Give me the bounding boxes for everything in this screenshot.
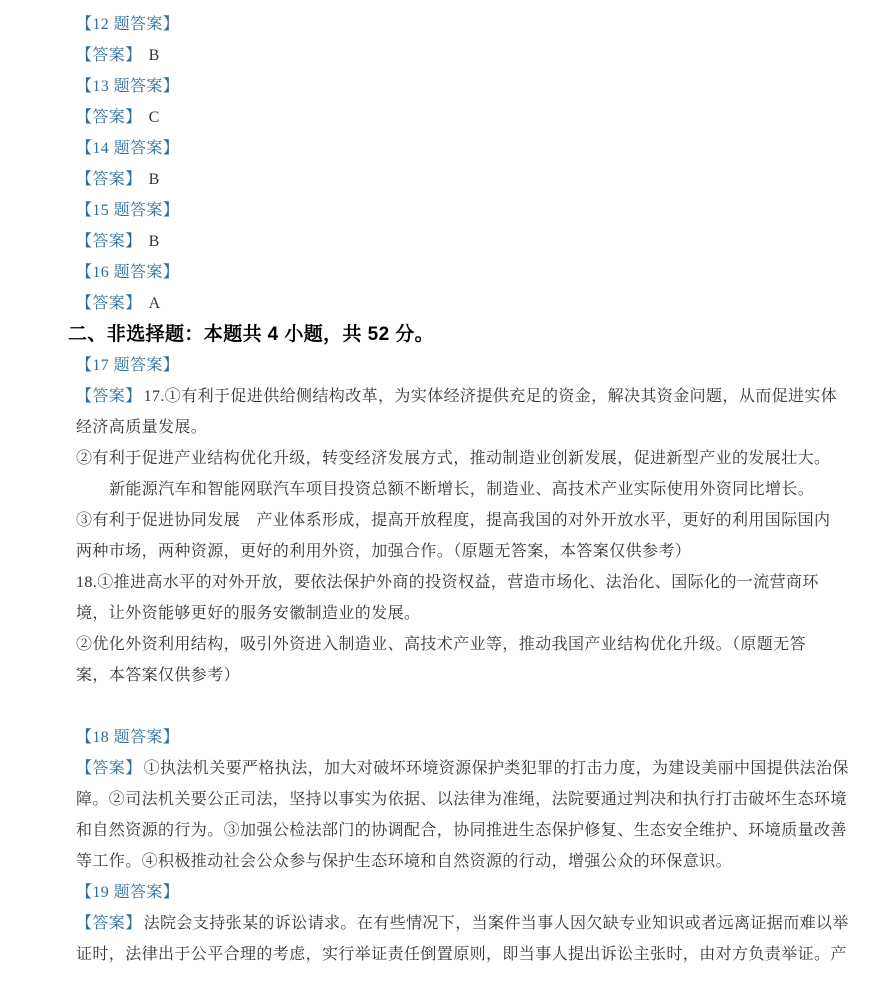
answer-text: 18.①推进高水平的对外开放，要依法保护外商的投资权益，营造市场化、法治化、国际… bbox=[76, 574, 819, 591]
answer-line: 【答案】B bbox=[76, 40, 808, 71]
answer-text: ②优化外资利用结构，吸引外资进入制造业、高技术产业等，推动我国产业结构优化升级。… bbox=[76, 636, 806, 653]
choice-answers-section: 【12 题答案】【答案】B【13 题答案】【答案】C【14 题答案】【答案】B【… bbox=[68, 9, 808, 319]
answer-text: ②有利于促进产业结构优化升级，转变经济发展方式，推动制造业创新发展，促进新型产业… bbox=[76, 450, 830, 467]
answer-value: B bbox=[149, 171, 160, 188]
answer-label: 【答案】 bbox=[76, 295, 142, 312]
answer-label: 【答案】 bbox=[76, 47, 142, 64]
section-heading: 二、非选择题：本题共 4 小题，共 52 分。 bbox=[68, 319, 808, 350]
answer-text-line: ②有利于促进产业结构优化升级，转变经济发展方式，推动制造业创新发展，促进新型产业… bbox=[76, 443, 808, 474]
answer-text-line: ②优化外资利用结构，吸引外资进入制造业、高技术产业等，推动我国产业结构优化升级。… bbox=[76, 629, 808, 660]
answer-text-line: 障。②司法机关要公正司法，坚持以事实为依据、以法律为准绳，法院要通过判决和执行打… bbox=[76, 784, 808, 815]
subjective-answer-block: 【19 题答案】【答案】法院会支持张某的诉讼请求。在有些情况下，当案件当事人因欠… bbox=[68, 877, 808, 970]
answer-text: 17.①有利于促进供给侧结构改革，为实体经济提供充足的资金，解决其资金问题，从而… bbox=[144, 388, 838, 405]
answer-label: 【答案】 bbox=[76, 171, 142, 188]
answer-text: 法院会支持张某的诉讼请求。在有些情况下，当案件当事人因欠缺专业知识或者远离证据而… bbox=[144, 915, 849, 932]
answer-text-line: 18.①推进高水平的对外开放，要依法保护外商的投资权益，营造市场化、法治化、国际… bbox=[76, 567, 808, 598]
answer-text-line: 两种市场，两种资源，更好的利用外资，加强合作。（原题无答案，本答案仅供参考） bbox=[76, 536, 808, 567]
answer-label: 【答案】 bbox=[76, 233, 142, 250]
question-answer-header: 【18 题答案】 bbox=[76, 722, 808, 753]
question-answer-header: 【14 题答案】 bbox=[76, 133, 808, 164]
question-answer-header: 【15 题答案】 bbox=[76, 195, 808, 226]
answer-text: 经济高质量发展。 bbox=[76, 419, 207, 436]
answer-line: 【答案】B bbox=[76, 164, 808, 195]
answer-value: B bbox=[149, 47, 160, 64]
answer-text-line: 案，本答案仅供参考） bbox=[76, 660, 808, 691]
answer-text: 新能源汽车和智能网联汽车项目投资总额不断增长，制造业、高技术产业实际使用外资同比… bbox=[109, 481, 814, 498]
answer-line: 【答案】B bbox=[76, 226, 808, 257]
answer-text: 两种市场，两种资源，更好的利用外资，加强合作。（原题无答案，本答案仅供参考） bbox=[76, 543, 691, 560]
question-answer-header: 【16 题答案】 bbox=[76, 257, 808, 288]
answer-text: 和自然资源的行为。③加强公检法部门的协调配合，协同推进生态保护修复、生态安全维护… bbox=[76, 822, 847, 839]
answer-label: 【答案】 bbox=[76, 109, 142, 126]
answer-text: 境，让外资能够更好的服务安徽制造业的发展。 bbox=[76, 605, 420, 622]
answer-text-line: 新能源汽车和智能网联汽车项目投资总额不断增长，制造业、高技术产业实际使用外资同比… bbox=[76, 474, 808, 505]
answer-value: B bbox=[149, 233, 160, 250]
question-answer-header: 【13 题答案】 bbox=[76, 71, 808, 102]
answer-text: 障。②司法机关要公正司法，坚持以事实为依据、以法律为准绳，法院要通过判决和执行打… bbox=[76, 791, 847, 808]
answer-text: 案，本答案仅供参考） bbox=[76, 667, 240, 684]
answer-text-line: 【答案】17.①有利于促进供给侧结构改革，为实体经济提供充足的资金，解决其资金问… bbox=[76, 381, 808, 412]
answer-label: 【答案】 bbox=[76, 388, 142, 405]
answer-value: A bbox=[149, 295, 161, 312]
answer-text-line: 【答案】法院会支持张某的诉讼请求。在有些情况下，当案件当事人因欠缺专业知识或者远… bbox=[76, 908, 808, 939]
answer-text-line: 等工作。④积极推动社会公众参与保护生态环境和自然资源的行动，增强公众的环保意识。 bbox=[76, 846, 808, 877]
answer-text-line: 和自然资源的行为。③加强公检法部门的协调配合，协同推进生态保护修复、生态安全维护… bbox=[76, 815, 808, 846]
answer-text-line: 经济高质量发展。 bbox=[76, 412, 808, 443]
answer-text-line: 证时，法律出于公平合理的考虑，实行举证责任倒置原则，即当事人提出诉讼主张时，由对… bbox=[76, 939, 808, 970]
subjective-answers-section: 【17 题答案】【答案】17.①有利于促进供给侧结构改革，为实体经济提供充足的资… bbox=[68, 350, 808, 970]
question-answer-header: 【12 题答案】 bbox=[76, 9, 808, 40]
answer-text: 证时，法律出于公平合理的考虑，实行举证责任倒置原则，即当事人提出诉讼主张时，由对… bbox=[76, 946, 847, 963]
answer-text: ①执法机关要严格执法，加大对破坏环境资源保护类犯罪的打击力度，为建设美丽中国提供… bbox=[144, 760, 849, 777]
answer-text: ③有利于促进协同发展 产业体系形成，提高开放程度，提高我国的对外开放水平，更好的… bbox=[76, 512, 830, 529]
subjective-answer-block: 【17 题答案】【答案】17.①有利于促进供给侧结构改革，为实体经济提供充足的资… bbox=[68, 350, 808, 691]
answer-value: C bbox=[149, 109, 160, 126]
subjective-answer-block: 【18 题答案】【答案】①执法机关要严格执法，加大对破坏环境资源保护类犯罪的打击… bbox=[68, 722, 808, 877]
answer-text-line: 【答案】①执法机关要严格执法，加大对破坏环境资源保护类犯罪的打击力度，为建设美丽… bbox=[76, 753, 808, 784]
answer-text: 等工作。④积极推动社会公众参与保护生态环境和自然资源的行动，增强公众的环保意识。 bbox=[76, 853, 732, 870]
answer-key-document: 【12 题答案】【答案】B【13 题答案】【答案】C【14 题答案】【答案】B【… bbox=[0, 0, 872, 999]
answer-line: 【答案】A bbox=[76, 288, 808, 319]
answer-label: 【答案】 bbox=[76, 915, 142, 932]
question-answer-header: 【19 题答案】 bbox=[76, 877, 808, 908]
answer-label: 【答案】 bbox=[76, 760, 142, 777]
answer-text-line: ③有利于促进协同发展 产业体系形成，提高开放程度，提高我国的对外开放水平，更好的… bbox=[76, 505, 808, 536]
answer-line: 【答案】C bbox=[76, 102, 808, 133]
answer-text-line: 境，让外资能够更好的服务安徽制造业的发展。 bbox=[76, 598, 808, 629]
question-answer-header: 【17 题答案】 bbox=[76, 350, 808, 381]
